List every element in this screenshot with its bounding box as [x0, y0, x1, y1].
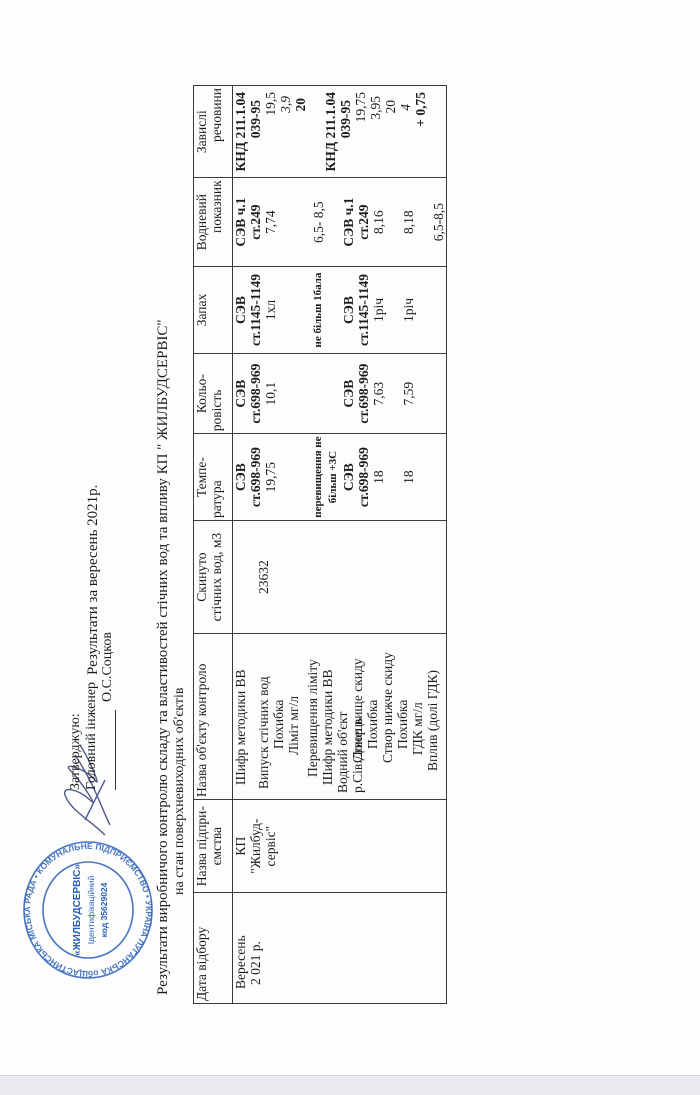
object-row: Похибка	[395, 636, 410, 793]
approval-name: О.С.Соцков	[100, 632, 115, 702]
rotated-document-page: ЩАСТИНСЬКА МІСЬКА РАДА • КОМУНАЛЬНЕ ПІДП…	[0, 0, 700, 1095]
header-color: Кольо-ровість	[194, 354, 233, 434]
viewer-bottom-bar	[0, 1075, 700, 1095]
object-row: ГДК мг/л	[410, 636, 425, 793]
header-temperature: Темпе-ратура	[194, 434, 233, 521]
results-table: Дата відбору Назва підпри-ємства Назва о…	[193, 85, 447, 1004]
header-odor: Запах	[194, 267, 233, 354]
object-row: Перевищення ліміту	[305, 636, 320, 793]
table-row: Вересень 2 021 р. КП "Жилбуд- сервіс" Ши…	[233, 86, 447, 1004]
object-row: Вплив (долі ГДК)	[425, 636, 440, 793]
cell-color: СЭВ ст.698-969 10,1 СЭВ ст.698-969 7,63 …	[233, 354, 447, 434]
object-row: Випуск стічних вод	[256, 636, 271, 793]
approval-label: Затверджую:	[68, 632, 84, 790]
document-main-title: Результати виробничого контролю складу т…	[155, 319, 172, 995]
object-row: Шифр методики ВВ	[233, 636, 248, 793]
svg-text:Ідентифікаційний: Ідентифікаційний	[86, 875, 96, 944]
cell-enterprise: КП "Жилбуд- сервіс"	[233, 800, 447, 893]
object-row: Створ нижче скиду	[380, 636, 395, 793]
cell-date: Вересень 2 021 р.	[233, 893, 447, 1004]
approval-signature-line: О.С.Соцков	[100, 632, 116, 790]
object-row: Похибка	[271, 636, 286, 793]
object-row: Похибка	[365, 636, 380, 793]
cell-volume: 23632	[233, 521, 447, 634]
cell-temperature: СЭВ ст.698-969 19,75 перевищення не біль…	[233, 434, 447, 521]
cell-object-list: Шифр методики ВВ Випуск стічних вод Похи…	[233, 634, 447, 800]
company-stamp-icon: ЩАСТИНСЬКА МІСЬКА РАДА • КОМУНАЛЬНЕ ПІДП…	[18, 835, 158, 985]
cell-suspended-solids: КНД 211.1.04 039-95 19,5 3,9 20 КНД 211.…	[233, 86, 447, 178]
cell-ph: СЭВ ч.1 ст.249 7,74 6,5- 8,5 СЭВ ч.1 ст.…	[233, 178, 447, 267]
approval-block: Затверджую: Головний інженер О.С.Соцков	[68, 632, 116, 790]
object-row: Шифр методики ВВ	[320, 636, 335, 793]
table-header-row: Дата відбору Назва підпри-ємства Назва о…	[194, 86, 233, 1004]
header-object: Назва об'єкту контроло	[194, 634, 233, 800]
cell-odor: СЭВ ст.1145-1149 1хл не більш 1бала СЭВ …	[233, 267, 447, 354]
object-row: Водний об'єкт р.Сів.Донець	[335, 636, 350, 793]
svg-text:код 35629024: код 35629024	[99, 882, 109, 937]
object-row: Ліміт мг/л	[286, 636, 301, 793]
header-enterprise: Назва підпри-ємства	[194, 800, 233, 893]
header-volume: Скинутостічних вод, м3	[194, 521, 233, 634]
approval-position: Головний інженер	[84, 632, 100, 790]
header-suspended-solids: Зависліречовини	[194, 86, 233, 178]
header-ph: Водневийпоказник	[194, 178, 233, 267]
header-date: Дата відбору	[194, 893, 233, 1004]
document-sub-title: на стан поверхневиходних об'єктів	[172, 687, 188, 895]
svg-text:«ЖИЛБУДСЕРВІС»: «ЖИЛБУДСЕРВІС»	[72, 864, 83, 956]
